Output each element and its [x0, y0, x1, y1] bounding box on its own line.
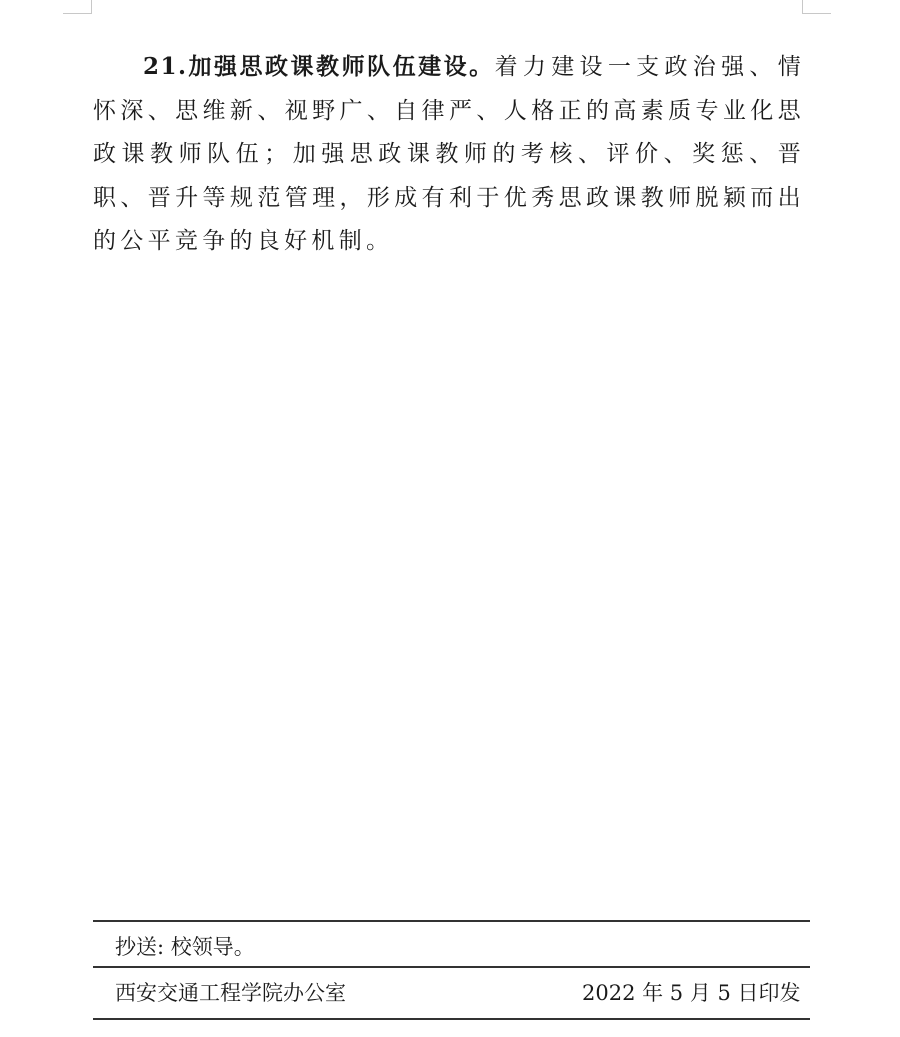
footer-rule-middle: [93, 966, 810, 968]
cc-line: 抄送: 校领导。: [115, 931, 255, 961]
paragraph-heading: 21.加强思政课教师队伍建设。: [143, 53, 495, 80]
footer-rule-bottom: [93, 1018, 810, 1020]
page-corner-mark-top-left: [63, 0, 92, 14]
issuer-name: 西安交通工程学院办公室: [115, 977, 346, 1007]
issue-date: 2022 年 5 月 5 日印发: [582, 977, 801, 1007]
paragraph-body: 着力建设一支政治强、情怀深、思维新、视野广、自律严、人格正的高素质专业化思政课教…: [93, 54, 805, 254]
page-corner-mark-top-right: [802, 0, 831, 14]
footer-rule-top: [93, 920, 810, 922]
body-paragraph: 21.加强思政课教师队伍建设。着力建设一支政治强、情怀深、思维新、视野广、自律严…: [93, 45, 805, 264]
